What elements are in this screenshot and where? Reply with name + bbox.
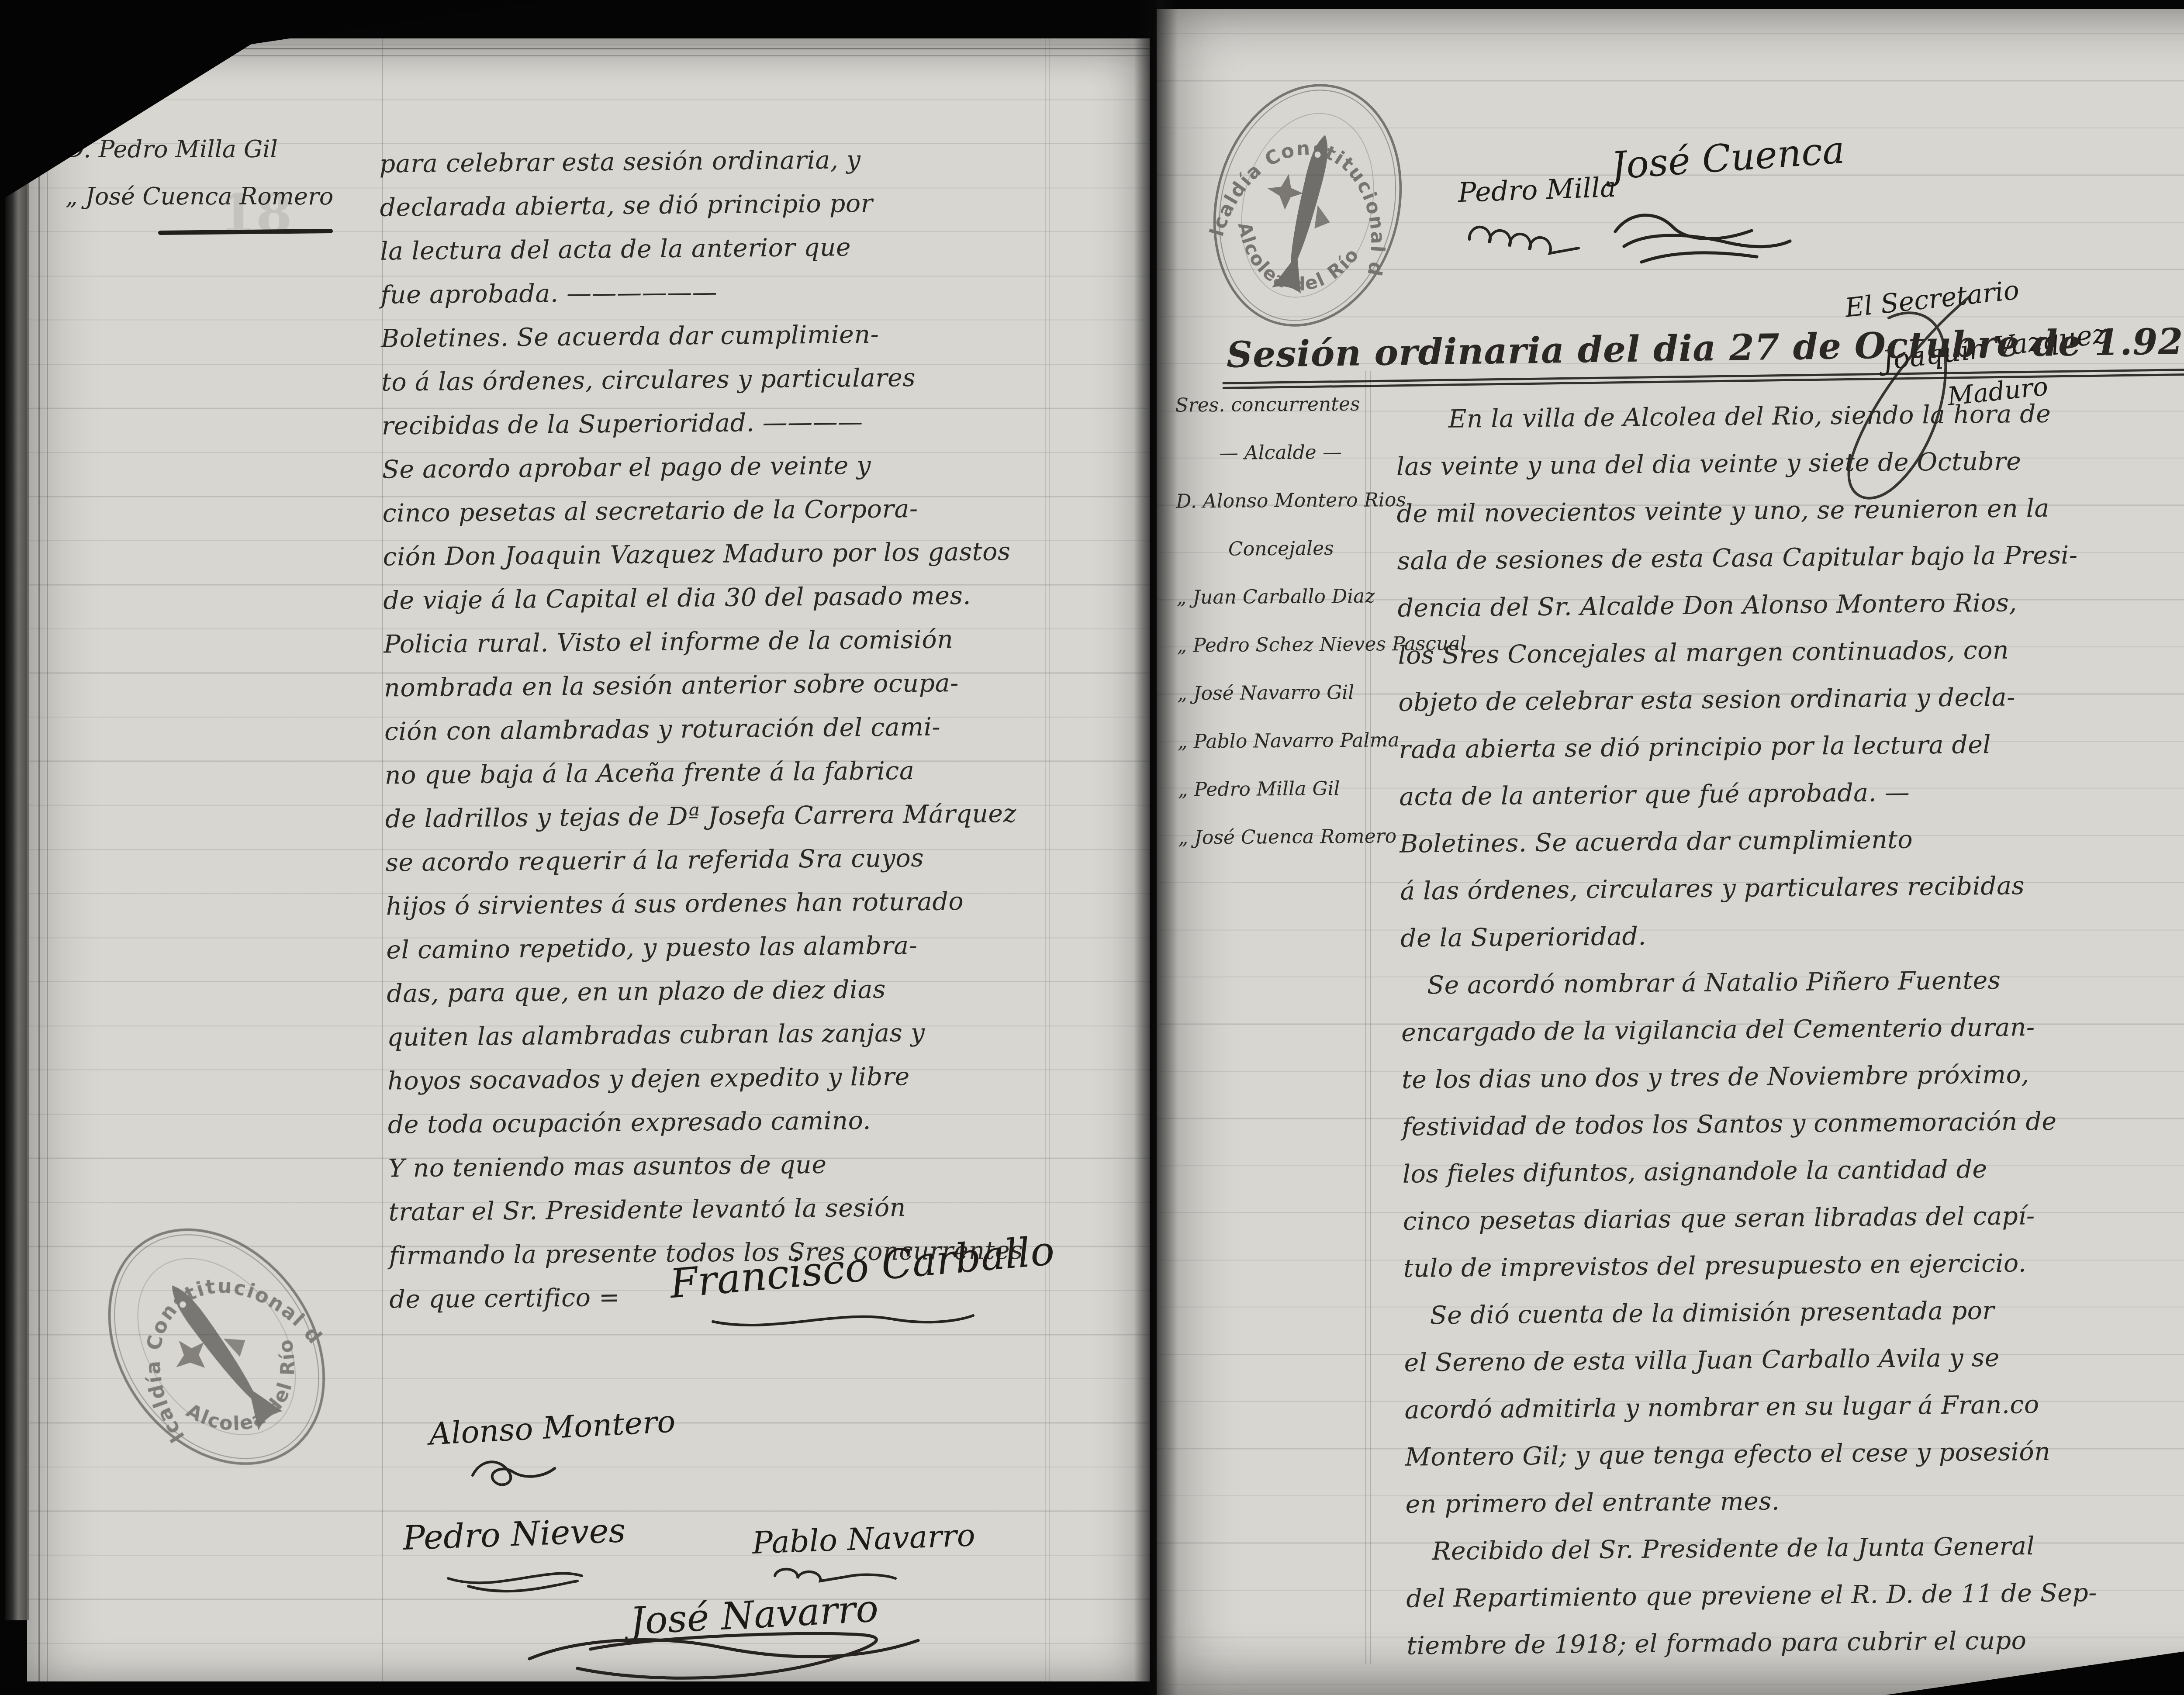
margin-name: D. Pedro Milla Gil (66, 126, 371, 173)
manuscript-line: Se dió cuenta de la dimisión presentada … (1403, 1284, 2184, 1339)
signature-pedro-milla: Pedro Milla (1458, 171, 1617, 209)
signature-pedro-nieves: Pedro Nieves (402, 1511, 626, 1557)
manuscript-line: recibidas de la Superioridad. ———— (381, 397, 1142, 448)
right-page: 32 Alcaldía Constitucional de Alcolea de… (1157, 9, 2184, 1695)
manuscript-line: declarada abierta, se dió principio por (380, 179, 1140, 229)
manuscript-line: no que baja á la Aceña frente á la fabri… (384, 747, 1145, 797)
manuscript-line: hoyos socavados y dejen expedito y libre (387, 1053, 1148, 1103)
manuscript-line: Boletines. Se acuerda dar cumplimien- (381, 310, 1141, 360)
manuscript-line: hijos ó sirvientes á sus ordenes han rot… (386, 878, 1146, 928)
book-gutter-shadow (1134, 0, 1178, 1695)
manuscript-line: del Repartimiento que previene el R. D. … (1406, 1567, 2184, 1623)
manuscript-line: Se acordo aprobar el pago de veinte y (382, 441, 1142, 491)
signature-rubric (1462, 214, 1593, 258)
manuscript-line: de la Superioridad. (1400, 907, 2184, 962)
signature-rubric (770, 1558, 901, 1593)
manuscript-line: ción Don Joaquin Vazquez Maduro por los … (383, 528, 1143, 579)
manuscript-line: acordó admitirla y nombrar en su lugar á… (1404, 1379, 2184, 1434)
manuscript-line: para celebrar esta sesión ordinaria, y (379, 135, 1140, 186)
manuscript-line: de toda ocupación expresado camino. (387, 1096, 1148, 1146)
signature-rubric (516, 1628, 936, 1681)
attendee-line: Sres. concurrentes (1175, 380, 1385, 429)
margin-attendee-names: D. Pedro Milla Gil„ José Cuenca Romero (66, 126, 371, 220)
page-edge-stack (5, 57, 29, 1620)
manuscript-line: En la villa de Alcolea del Rio, siendo l… (1396, 388, 2184, 443)
attendee-line: „ José Navarro Gil (1177, 668, 1387, 718)
manuscript-line: cinco pesetas diarias que seran libradas… (1403, 1190, 2184, 1245)
signature-rubric (464, 1453, 577, 1493)
left-page-body-text: para celebrar esta sesión ordinaria, yde… (379, 135, 1149, 1321)
manuscript-line: de ladrillos y tejas de Dª Josefa Carrer… (385, 791, 1145, 841)
manuscript-line: acta de la anterior que fué aprobada. — (1399, 766, 2184, 821)
attendee-line: Concejales (1176, 524, 1386, 573)
manuscript-line: de mil novecientos veinte y uno, se reun… (1396, 483, 2184, 538)
manuscript-line: quiten las alambradas cubran las zanjas … (387, 1009, 1147, 1059)
attendee-line: D. Alonso Montero Rios (1176, 476, 1386, 525)
manuscript-line: se acordo requerir á la referida Sra cuy… (385, 834, 1146, 884)
attendee-line: „ Pablo Navarro Palma (1178, 716, 1388, 766)
manuscript-line: el camino repetido, y puesto las alambra… (386, 922, 1147, 972)
scanned-minutes-book: 18 D. Pedro Milla Gil„ José Cuenca Romer… (0, 0, 2184, 1695)
manuscript-line: á las órdenes, circulares y particulares… (1400, 860, 2184, 915)
manuscript-line: tiembre de 1918; el formado para cubrir … (1406, 1615, 2184, 1670)
manuscript-line: el Sereno de esta villa Juan Carballo Av… (1404, 1332, 2184, 1387)
manuscript-line: tulo de imprevistos del presupuesto en e… (1403, 1237, 2184, 1292)
manuscript-line: las veinte y una del dia veinte y siete … (1396, 435, 2184, 490)
manuscript-line: Montero Gil; y que tenga efecto el cese … (1405, 1426, 2184, 1481)
right-page-body-text: En la villa de Alcolea del Rio, siendo l… (1396, 388, 2184, 1669)
manuscript-line: la lectura del acta de la anterior que (380, 223, 1140, 273)
manuscript-line: en primero del entrante mes. (1405, 1473, 2184, 1528)
manuscript-line: objeto de celebrar esta sesion ordinaria… (1398, 671, 2184, 726)
attendee-line: „ Pedro Milla Gil (1178, 764, 1388, 814)
manuscript-line: festividad de todos los Santos y conmemo… (1402, 1096, 2184, 1151)
signature-rubric (442, 1558, 586, 1598)
margin-name: „ José Cuenca Romero (66, 173, 371, 220)
manuscript-line: los fieles difuntos, asignandole la cant… (1402, 1143, 2184, 1198)
manuscript-line: los Sres Concejales al margen continuado… (1398, 624, 2184, 679)
manuscript-line: te los dias uno dos y tres de Noviembre … (1402, 1049, 2184, 1104)
attendee-line: „ José Cuenca Romero (1178, 812, 1388, 862)
manuscript-line: das, para que, en un plazo de diez dias (387, 965, 1147, 1015)
manuscript-line: to á las órdenes, circulares y particula… (381, 354, 1142, 404)
manuscript-line: rada abierta se dió principio por la lec… (1399, 718, 2184, 773)
manuscript-line: encargado de la vigilancia del Cementeri… (1401, 1001, 2184, 1056)
manuscript-line: cinco pesetas al secretario de la Corpor… (382, 485, 1143, 535)
manuscript-line: ción con alambradas y roturación del cam… (384, 703, 1145, 753)
manuscript-line: nombrada en la sesión anterior sobre ocu… (384, 659, 1144, 710)
manuscript-line: tratar el Sr. Presidente levantó la sesi… (388, 1184, 1149, 1234)
attendee-line: „ Juan Carballo Diaz (1176, 572, 1386, 621)
manuscript-line: Y no teniendo mas asuntos de que (388, 1140, 1148, 1190)
manuscript-line: dencia del Sr. Alcalde Don Alonso Monter… (1397, 577, 2184, 632)
manuscript-line: Policia rural. Visto el informe de la co… (384, 616, 1144, 666)
left-page: 18 D. Pedro Milla Gil„ José Cuenca Romer… (27, 38, 1150, 1681)
attendee-line: — Alcalde — (1175, 428, 1386, 477)
manuscript-line: de viaje á la Capital el dia 30 del pasa… (383, 572, 1144, 622)
attendees-list: Sres. concurrentes— Alcalde —D. Alonso M… (1175, 380, 1388, 862)
manuscript-line: Recibido del Sr. Presidente de la Junta … (1406, 1520, 2184, 1575)
signature-rubric (1607, 201, 1799, 280)
signature-rubric (708, 1305, 979, 1336)
attendee-line: „ Pedro Schez Nieves Pascual (1177, 620, 1387, 670)
manuscript-line: fue aprobada. —————— (380, 266, 1141, 317)
manuscript-line: sala de sesiones de esta Casa Capitular … (1397, 530, 2184, 585)
manuscript-line: Boletines. Se acuerda dar cumplimiento (1400, 813, 2184, 868)
manuscript-line: Se acordó nombrar á Natalio Piñero Fuent… (1401, 954, 2184, 1009)
